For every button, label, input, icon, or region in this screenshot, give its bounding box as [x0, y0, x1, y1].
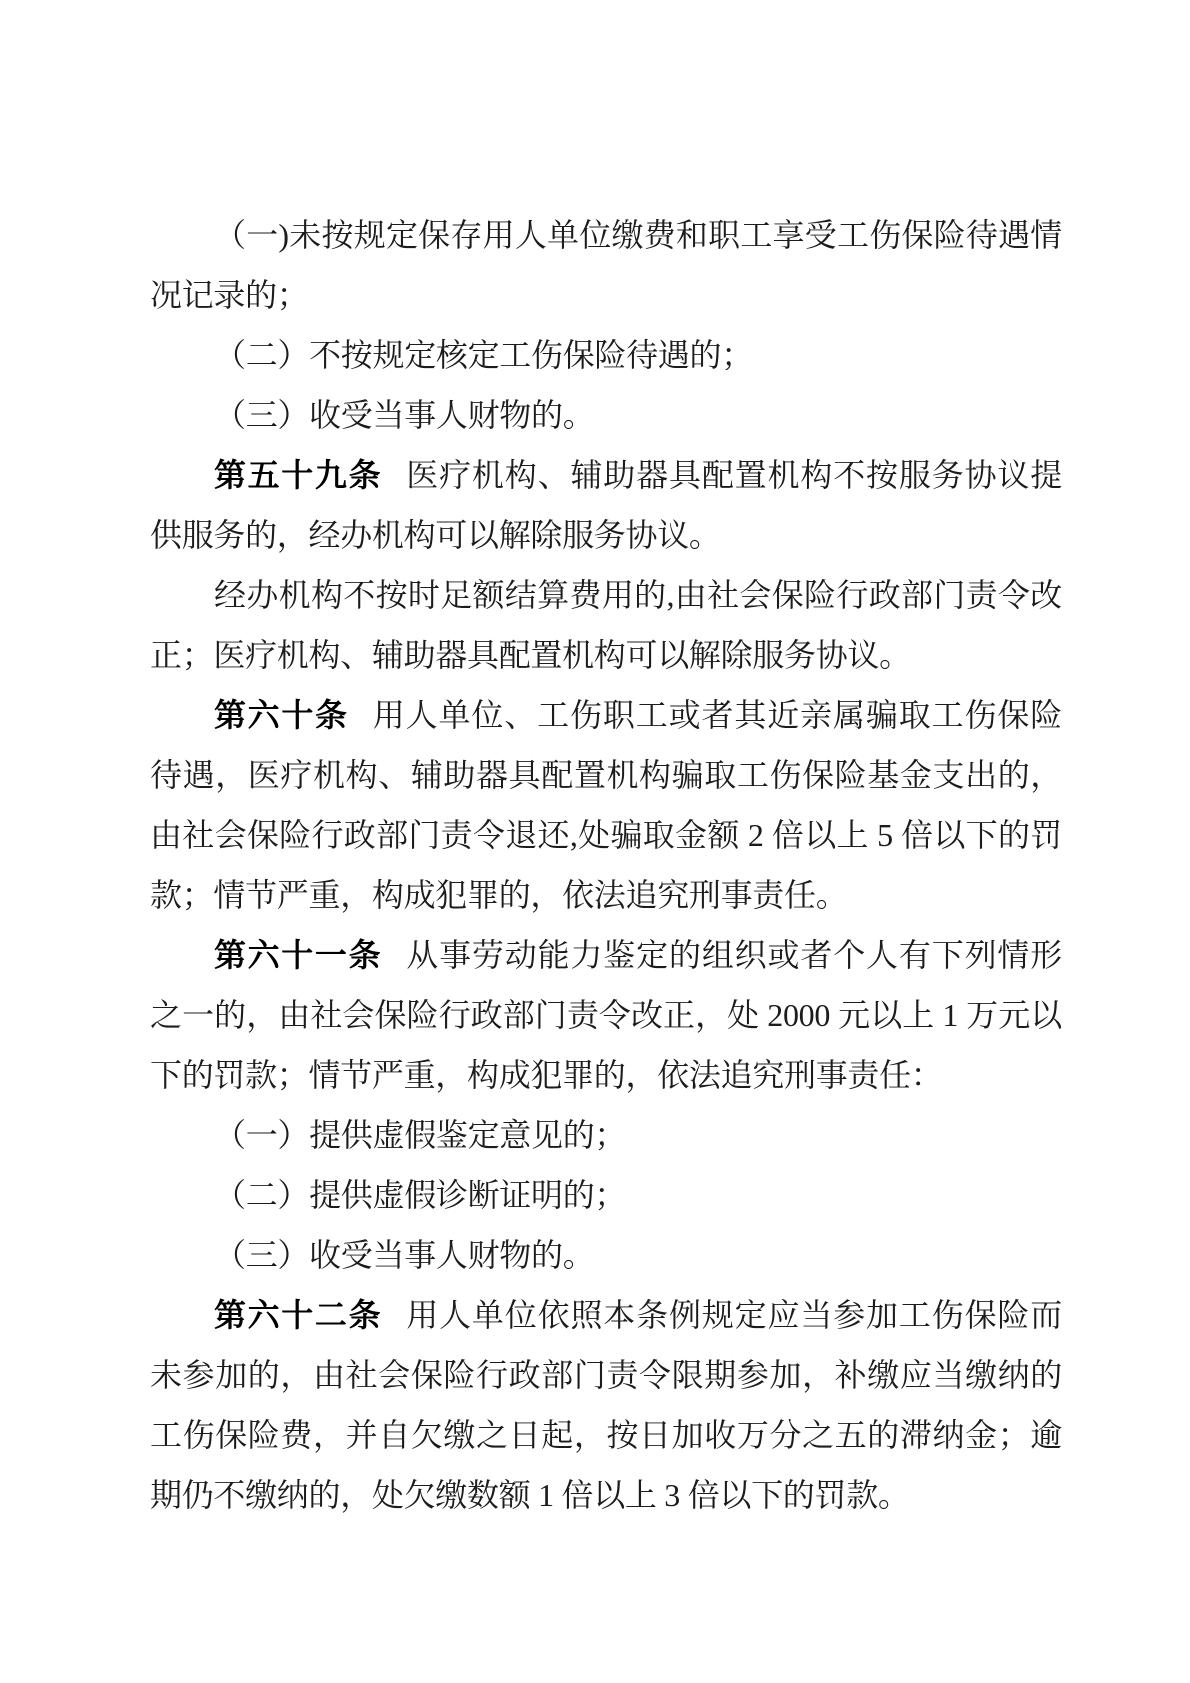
paragraph: （二）提供虚假诊断证明的；	[150, 1165, 1062, 1225]
article-paragraph: 第五十九条医疗机构、辅助器具配置机构不按服务协议提供服务的，经办机构可以解除服务…	[150, 445, 1062, 565]
paragraph: （一)未按规定保存用人单位缴费和职工享受工伤保险待遇情况记录的；	[150, 205, 1062, 325]
document-screenshot: { "page": { "width_px": 1190, "height_px…	[0, 0, 1190, 1683]
article-paragraph: 第六十条用人单位、工伤职工或者其近亲属骗取工伤保险待遇，医疗机构、辅助器具配置机…	[150, 685, 1062, 925]
article-paragraph: 第六十一条从事劳动能力鉴定的组织或者个人有下列情形之一的，由社会保险行政部门责令…	[150, 925, 1062, 1105]
article-number: 第六十二条	[214, 1297, 382, 1333]
paragraph-text: （二）不按规定核定工伤保险待遇的；	[214, 337, 753, 373]
paragraph: （三）收受当事人财物的。	[150, 1225, 1062, 1285]
article-number: 第五十九条	[214, 457, 382, 493]
article-paragraph: 第六十二条用人单位依照本条例规定应当参加工伤保险而未参加的，由社会保险行政部门责…	[150, 1285, 1062, 1525]
document-page: （一)未按规定保存用人单位缴费和职工享受工伤保险待遇情况记录的；（二）不按规定核…	[0, 0, 1190, 1683]
paragraph-text: （二）提供虚假诊断证明的；	[214, 1177, 626, 1213]
paragraph-text: 经办机构不按时足额结算费用的,由社会保险行政部门责令改正；医疗机构、辅助器具配置…	[150, 577, 1062, 673]
article-number: 第六十一条	[214, 937, 382, 973]
paragraph-text: （三）收受当事人财物的。	[214, 397, 594, 433]
paragraph-text: （三）收受当事人财物的。	[214, 1237, 594, 1273]
paragraph: （二）不按规定核定工伤保险待遇的；	[150, 325, 1062, 385]
article-number: 第六十条	[214, 697, 349, 733]
paragraph: 经办机构不按时足额结算费用的,由社会保险行政部门责令改正；医疗机构、辅助器具配置…	[150, 565, 1062, 685]
paragraph-text: （一）提供虚假鉴定意见的；	[214, 1117, 626, 1153]
paragraph: （三）收受当事人财物的。	[150, 385, 1062, 445]
paragraph: （一）提供虚假鉴定意见的；	[150, 1105, 1062, 1165]
paragraph-text: （一)未按规定保存用人单位缴费和职工享受工伤保险待遇情况记录的；	[150, 217, 1062, 313]
regulation-text-block: （一)未按规定保存用人单位缴费和职工享受工伤保险待遇情况记录的；（二）不按规定核…	[150, 205, 1062, 1525]
